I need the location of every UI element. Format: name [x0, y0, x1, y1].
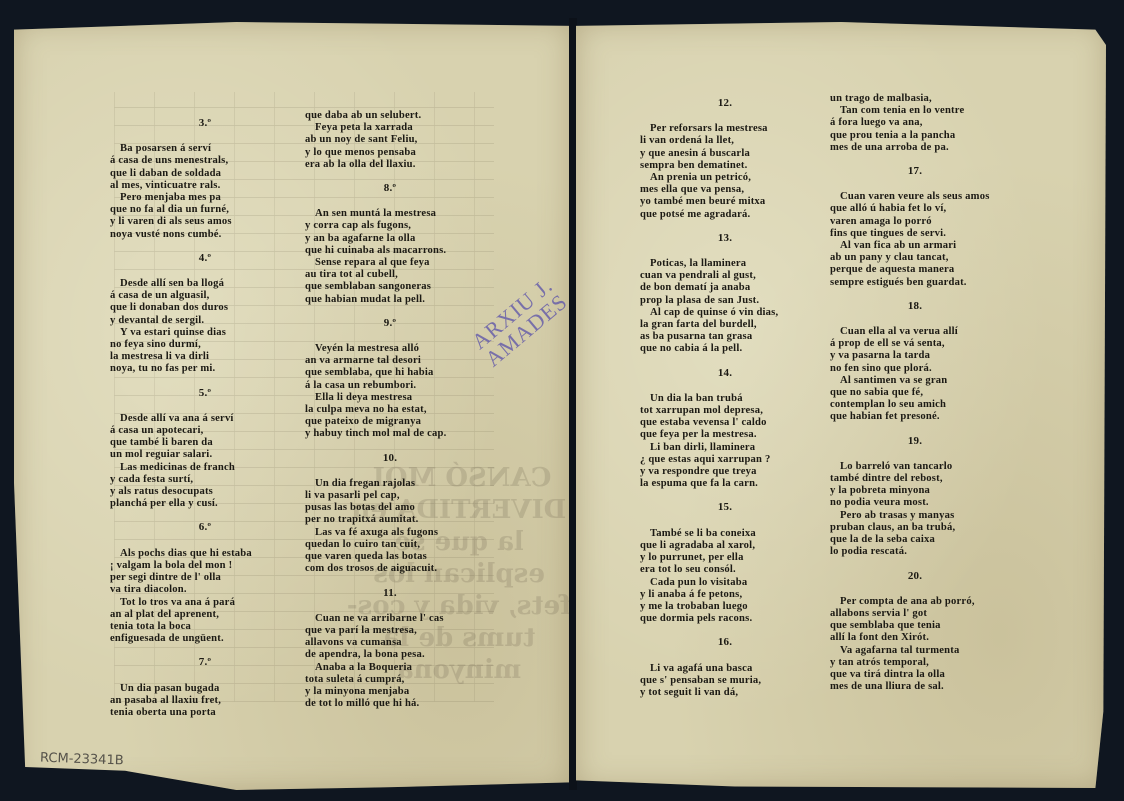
stanza-number: 20.	[830, 570, 1000, 582]
stanza-number: 19.	[830, 435, 1000, 447]
verse-line: per no trapitxá aumitat.	[305, 514, 475, 526]
verse-line: que va tirá dintra la olla	[830, 669, 1000, 681]
verse-line: enfiguesada de ungüent.	[110, 633, 300, 645]
verse-line: Un dia pasan bugada	[110, 683, 300, 695]
verse-line: as ba pusarna tan grasa	[640, 331, 810, 343]
verse-line: y li varen di als seus amos	[110, 216, 300, 228]
verse-line: Al van fica ab un armari	[830, 240, 1000, 252]
verse-line: sempra ben dematinet.	[640, 160, 810, 172]
stanza-number: 16.	[640, 636, 810, 648]
verse-line: no podia veura most.	[830, 497, 1000, 509]
stanza: 17.Cuan varen veure als seus amosque all…	[830, 165, 1000, 289]
verse-line: que semblaba que tenia	[830, 620, 1000, 632]
verse-line: que habian mudat la pell.	[305, 294, 475, 306]
verse-line: y tan atrós temporal,	[830, 657, 1000, 669]
stanza-number: 17.	[830, 165, 1000, 177]
verse-line: tot xarrupan mol depresa,	[640, 405, 810, 417]
right-column-2: un trago de malbasia,Tan com tenia en lo…	[830, 93, 1000, 704]
verse-line: com dos trosos de aiguacuit.	[305, 563, 475, 575]
verse-line: prop la plasa de san Just.	[640, 295, 810, 307]
verse-line: á casa de uns menestrals,	[110, 155, 300, 167]
stanza: 12.Per reforsars la mestresali van orden…	[640, 97, 810, 221]
verse-line: au tira tot al cubell,	[305, 269, 475, 281]
verse-line: contemplan lo seu amich	[830, 399, 1000, 411]
verse-line: que habian fet presoné.	[830, 411, 1000, 423]
verse-line: Ba posarsen á serví	[110, 143, 300, 155]
verse-line: quedan lo cuiro tan cuit,	[305, 539, 475, 551]
verse-line: un mol reguiar salari.	[110, 449, 300, 461]
verse-line: que no fa al dia un furné,	[110, 204, 300, 216]
stanza: 10.Un dia fregan rajolasli va pasarli pe…	[305, 452, 475, 576]
verse-line: ab un noy de sant Feliu,	[305, 134, 475, 146]
verse-line: que semblaba, que hi habia	[305, 367, 475, 379]
verse-line: Las va fé axuga als fugons	[305, 527, 475, 539]
verse-line: varen amaga lo porró	[830, 216, 1000, 228]
verse-line: y als ratus desocupats	[110, 486, 300, 498]
stanza-number: 6.º	[110, 521, 300, 533]
verse-line: mes ella que va pensa,	[640, 184, 810, 196]
verse-line: y li anaba á fe petons,	[640, 589, 810, 601]
verse-line: no feya sino durmí,	[110, 339, 300, 351]
verse-line: la mestresa li va dirli	[110, 351, 300, 363]
stanza: 15.També se li ba coneixaque li agradaba…	[640, 501, 810, 625]
verse-line: també dintre del rebost,	[830, 473, 1000, 485]
verse-line: de bon dematí ja anaba	[640, 282, 810, 294]
verse-line: an pasaba al llaxiu fret,	[110, 695, 300, 707]
verse-line: li va pasarli pel cap,	[305, 490, 475, 502]
verse-line: que li daban de soldada	[110, 168, 300, 180]
verse-line: á la casa un rebumbori.	[305, 380, 475, 392]
verse-line: Per reforsars la mestresa	[640, 123, 810, 135]
verse-line: Tan com tenia en lo ventre	[830, 105, 1000, 117]
verse-line: la culpa meva no ha estat,	[305, 404, 475, 416]
verse-line: lo podia rescatá.	[830, 546, 1000, 558]
verse-line: allí la font den Xirót.	[830, 632, 1000, 644]
stanza: 19.Lo barreló van tancarlotambé dintre d…	[830, 435, 1000, 559]
verse-line: Cuan ella al va verua allí	[830, 326, 1000, 338]
verse-line: Cuan ne va arribarne l' cas	[305, 613, 475, 625]
verse-line: y me la trobaban luego	[640, 601, 810, 613]
verse-line: pusas las botas del amo	[305, 502, 475, 514]
left-column-2: que daba ab un selubert.Feya peta la xar…	[305, 110, 475, 721]
verse-line: que li donaban dos duros	[110, 302, 300, 314]
verse-line: Sense repara al que feya	[305, 257, 475, 269]
verse-line: Pero menjaba mes pa	[110, 192, 300, 204]
verse-line: la espuma que fa la carn.	[640, 478, 810, 490]
verse-line: y la pobreta minyona	[830, 485, 1000, 497]
verse-line: an al plat del aprenent,	[110, 609, 300, 621]
verse-line: Lo barreló van tancarlo	[830, 461, 1000, 473]
stanza-number: 12.	[640, 97, 810, 109]
verse-line: que semblaban sangoneras	[305, 281, 475, 293]
verse-line: á casa de un alguasil,	[110, 290, 300, 302]
verse-line: y va respondre que treya	[640, 466, 810, 478]
verse-line: Poticas, la llaminera	[640, 258, 810, 270]
verse-line: allavons va cumansa	[305, 637, 475, 649]
verse-line: ¿ que estas aqui xarrupan ?	[640, 454, 810, 466]
verse-line: Ella li deya mestresa	[305, 392, 475, 404]
verse-line: va tira diacolon.	[110, 584, 300, 596]
verse-line: noya, tu no fas per mi.	[110, 363, 300, 375]
verse-line: no fen sino que plorá.	[830, 363, 1000, 375]
verse-line: Li va agafá una basca	[640, 663, 810, 675]
verse-line: que li agradaba al xarol,	[640, 540, 810, 552]
verse-line: Als pochs dias que hi estaba	[110, 548, 300, 560]
verse-line: Y va estari quinse dias	[110, 327, 300, 339]
verse-line: Al santimen va se gran	[830, 375, 1000, 387]
verse-line: y lo que menos pensaba	[305, 147, 475, 159]
stanza-number: 11.	[305, 587, 475, 599]
right-column-1: 12.Per reforsars la mestresali van orden…	[640, 97, 810, 710]
verse-line: al mes, vinticuatre rals.	[110, 180, 300, 192]
verse-line: Cuan varen veure als seus amos	[830, 191, 1000, 203]
verse-line: y devantal de sergil.	[110, 315, 300, 327]
verse-line: noya vusté nons cumbé.	[110, 229, 300, 241]
stanza-number: 13.	[640, 232, 810, 244]
verse-line: y corra cap als fugons,	[305, 220, 475, 232]
stanza: 5.ºDesde allí va ana á servíá casa un ap…	[110, 387, 300, 511]
verse-line: era tot lo seu consól.	[640, 564, 810, 576]
verse-line: An sen muntá la mestresa	[305, 208, 475, 220]
verse-line: y habuy tinch mol mal de cap.	[305, 428, 475, 440]
verse-line: Per compta de ana ab porró,	[830, 596, 1000, 608]
verse-line: que la de la seba caixa	[830, 534, 1000, 546]
stanza-number: 18.	[830, 300, 1000, 312]
verse-line: Anaba a la Boqueria	[305, 662, 475, 674]
stanza: 20.Per compta de ana ab porró,allabons s…	[830, 570, 1000, 694]
stanza: 4.ºDesde allí sen ba llogáá casa de un a…	[110, 252, 300, 376]
verse-line: que varen queda las botas	[305, 551, 475, 563]
verse-line: yo també men beuré mitxa	[640, 196, 810, 208]
verse-line: y va pasarna la tarda	[830, 350, 1000, 362]
stanza: 3.ºBa posarsen á servíá casa de uns mene…	[110, 117, 300, 241]
verse-line: y cada festa surtí,	[110, 474, 300, 486]
verse-line: que s' pensaban se muria,	[640, 675, 810, 687]
verse-line: sempre estigués ben guardat.	[830, 277, 1000, 289]
verse-line: Veyén la mestresa alló	[305, 343, 475, 355]
verse-line: pruban claus, an ba trubá,	[830, 522, 1000, 534]
verse-line: y que anesin á buscarla	[640, 148, 810, 160]
verse-line: Las medicinas de franch	[110, 462, 300, 474]
verse-line: allabons servia l' got	[830, 608, 1000, 620]
stanza-number: 7.º	[110, 656, 300, 668]
verse-line: Cada pun lo visitaba	[640, 577, 810, 589]
verse-line: perque de aquesta manera	[830, 264, 1000, 276]
left-column-1: 3.ºBa posarsen á servíá casa de uns mene…	[110, 117, 300, 730]
verse-line: era ab la olla del llaxiu.	[305, 159, 475, 171]
verse-line: mes de una arroba de pa.	[830, 142, 1000, 154]
stanza-number: 15.	[640, 501, 810, 513]
verse-line: que no sabia que fé,	[830, 387, 1000, 399]
verse-line: Feya peta la xarrada	[305, 122, 475, 134]
verse-line: An prenia un petricó,	[640, 172, 810, 184]
verse-line: cuan va pendrali al gust,	[640, 270, 810, 282]
stanza: 13.Poticas, la llamineracuan va pendrali…	[640, 232, 810, 356]
verse-line: que estaba vevensa l' caldo	[640, 417, 810, 429]
verse-line: an va armarne tal desori	[305, 355, 475, 367]
verse-line: á casa un apotecari,	[110, 425, 300, 437]
verse-line: per segi dintre de l' olla	[110, 572, 300, 584]
verse-line: Desde allí sen ba llogá	[110, 278, 300, 290]
verse-line: y tot seguit li van dá,	[640, 687, 810, 699]
stanza: 18.Cuan ella al va verua allíá prop de e…	[830, 300, 1000, 424]
verse-line: També se li ba coneixa	[640, 528, 810, 540]
stanza-number: 3.º	[110, 117, 300, 129]
verse-line: que també li baren da	[110, 437, 300, 449]
verse-line: tenia tota la boca	[110, 621, 300, 633]
verse-line: de apendra, la bona pesa.	[305, 649, 475, 661]
verse-line: Va agafarna tal turmenta	[830, 645, 1000, 657]
verse-line: y lo purrunet, per ella	[640, 552, 810, 564]
stanza: 16.Li va agafá una bascaque s' pensaban …	[640, 636, 810, 699]
verse-line: planchá per ella y cusí.	[110, 498, 300, 510]
stanza-number: 14.	[640, 367, 810, 379]
verse-line: Desde allí va ana á serví	[110, 413, 300, 425]
verse-line: que alló ú habia fet lo ví,	[830, 203, 1000, 215]
verse-line: que pateixo de migranya	[305, 416, 475, 428]
verse-line: que dormia pels racons.	[640, 613, 810, 625]
stanza-number: 8.º	[305, 182, 475, 194]
stanza: un trago de malbasia,Tan com tenia en lo…	[830, 93, 1000, 154]
verse-line: que potsé me agradará.	[640, 209, 810, 221]
stanza: 8.ºAn sen muntá la mestresay corra cap a…	[305, 182, 475, 306]
verse-line: Un dia la ban trubá	[640, 393, 810, 405]
stanza-number: 5.º	[110, 387, 300, 399]
stanza: 14.Un dia la ban trubátot xarrupan mol d…	[640, 367, 810, 491]
verse-line: que hi cuinaba als macarrons.	[305, 245, 475, 257]
verse-line: de tot lo milló que hi há.	[305, 698, 475, 710]
page-fold	[569, 18, 577, 790]
verse-line: que va parí la mestresa,	[305, 625, 475, 637]
verse-line: que prou tenia a la pancha	[830, 130, 1000, 142]
stanza: 11.Cuan ne va arribarne l' casque va par…	[305, 587, 475, 711]
verse-line: la gran farta del burdell,	[640, 319, 810, 331]
verse-line: Tot lo tros va ana á pará	[110, 597, 300, 609]
stanza: 7.ºUn dia pasan bugadaan pasaba al llaxi…	[110, 656, 300, 719]
catalog-number: RCM-23341B	[40, 751, 124, 769]
stanza-number: 9.º	[305, 317, 475, 329]
verse-line: ab un pany y clau tancat,	[830, 252, 1000, 264]
verse-line: tenia oberta una porta	[110, 707, 300, 719]
stanza: 9.ºVeyén la mestresa allóan va armarne t…	[305, 317, 475, 441]
verse-line: y an ba agafarne la olla	[305, 233, 475, 245]
verse-line: tota suleta á cumprá,	[305, 674, 475, 686]
verse-line: á fora luego va ana,	[830, 117, 1000, 129]
verse-line: Li ban dirli, llaminera	[640, 442, 810, 454]
verse-line: li van ordená la llet,	[640, 135, 810, 147]
verse-line: á prop de ell se vá senta,	[830, 338, 1000, 350]
verse-line: que daba ab un selubert.	[305, 110, 475, 122]
verse-line: y la minyona menjaba	[305, 686, 475, 698]
verse-line: que no cabia á la pell.	[640, 343, 810, 355]
verse-line: Al cap de quinse ó vin dias,	[640, 307, 810, 319]
verse-line: ¡ valgam la bola del mon !	[110, 560, 300, 572]
verse-line: Un dia fregan rajolas	[305, 478, 475, 490]
verse-line: mes de una lliura de sal.	[830, 681, 1000, 693]
verse-line: que feya per la mestresa.	[640, 429, 810, 441]
verse-line: un trago de malbasia,	[830, 93, 1000, 105]
stanza-number: 4.º	[110, 252, 300, 264]
stanza: 6.ºAls pochs dias que hi estaba¡ valgam …	[110, 521, 300, 645]
verse-line: fins que tingues de servi.	[830, 228, 1000, 240]
stanza: que daba ab un selubert.Feya peta la xar…	[305, 110, 475, 171]
stanza-number: 10.	[305, 452, 475, 464]
verse-line: Pero ab trasas y manyas	[830, 510, 1000, 522]
